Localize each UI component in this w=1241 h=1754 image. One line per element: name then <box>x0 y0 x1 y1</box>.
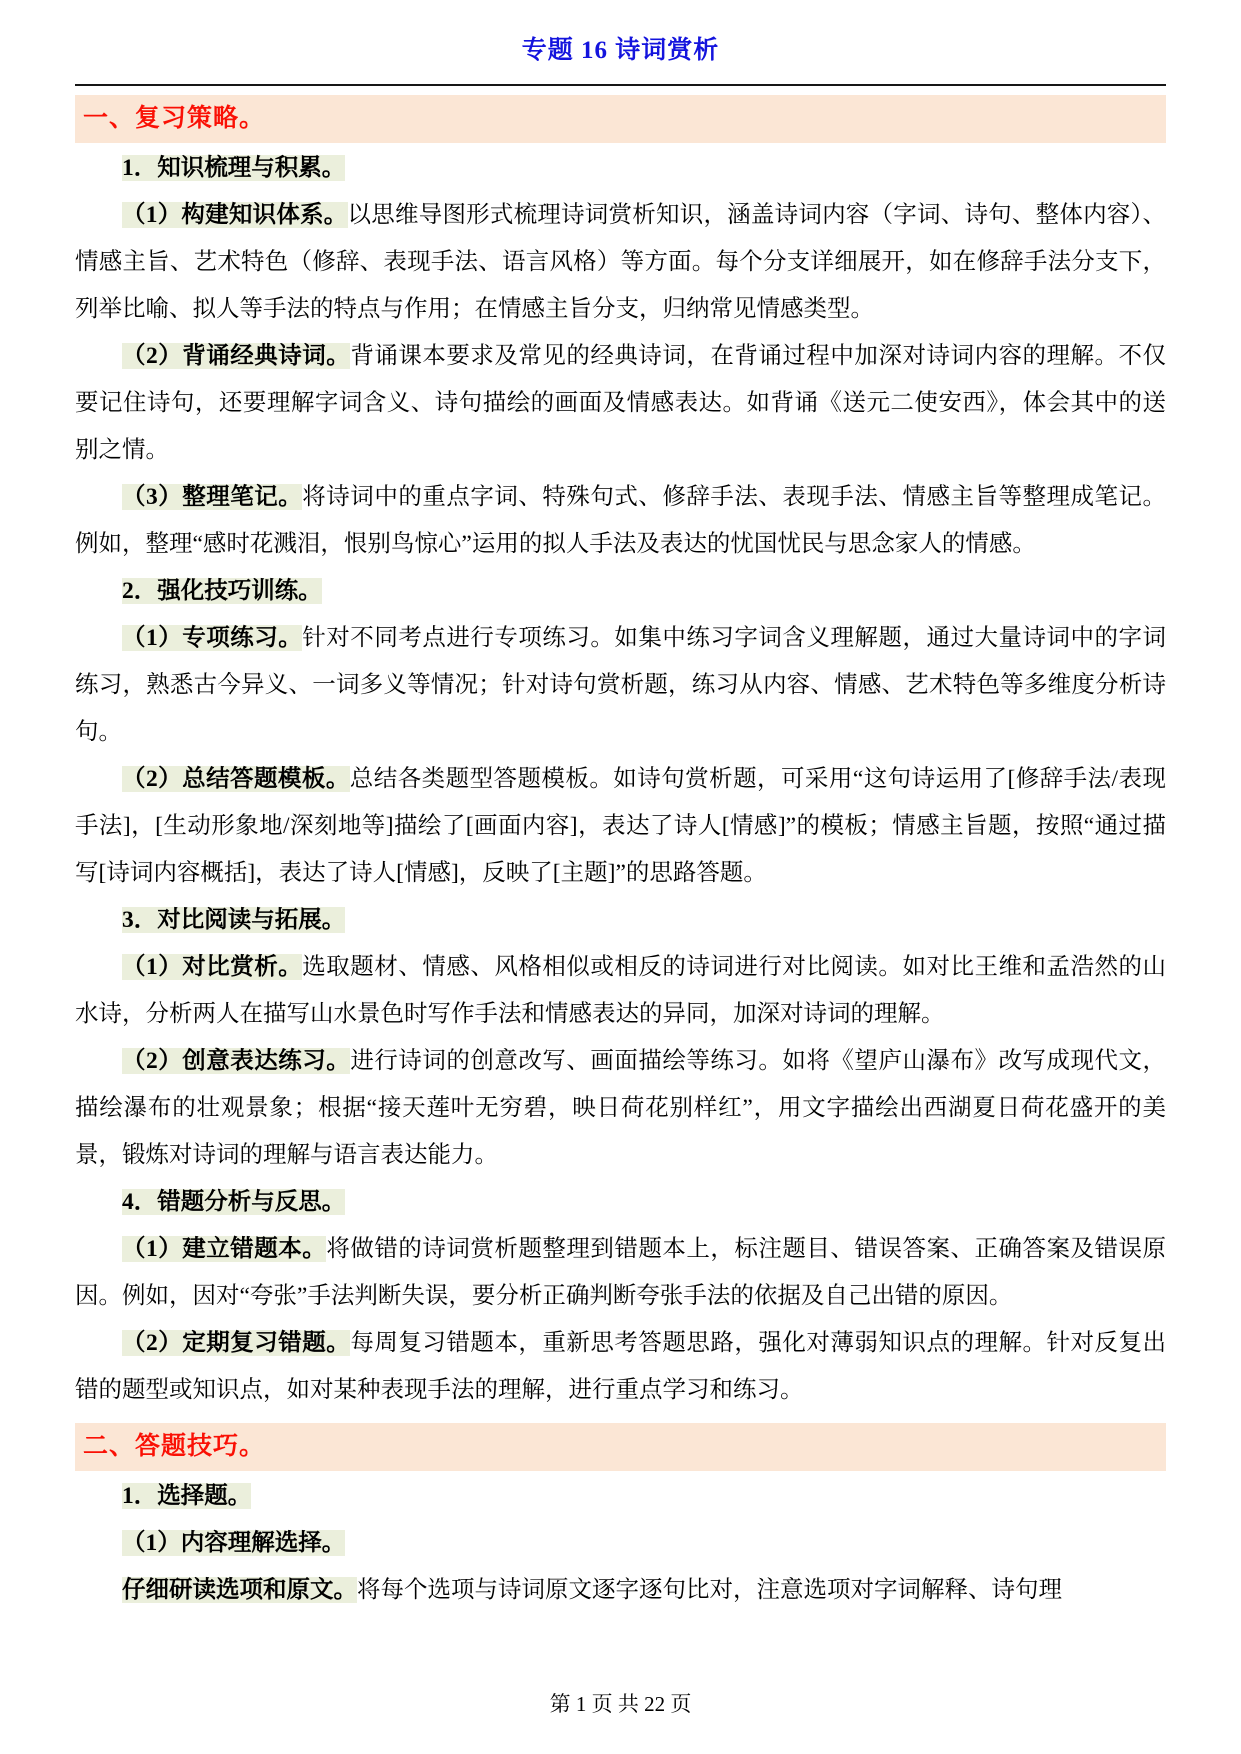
section-bar-label: 二、答题技巧。 <box>83 1433 265 1460</box>
paragraph-lead: 仔细研读选项和原文。 <box>122 1577 357 1603</box>
paragraph: （3）整理笔记。将诗词中的重点字词、特殊句式、修辞手法、表现手法、情感主旨等整理… <box>75 474 1166 568</box>
sub-heading: 2．强化技巧训练。 <box>75 568 1166 615</box>
paragraph: 仔细研读选项和原文。将每个选项与诗词原文逐字逐句比对，注意选项对字词解释、诗句理 <box>75 1567 1166 1614</box>
sub-heading: 4．错题分析与反思。 <box>75 1179 1166 1226</box>
sub-heading: （1）内容理解选择。 <box>75 1520 1166 1567</box>
section-bar-label: 一、复习策略。 <box>83 105 265 132</box>
paragraph-text: 将每个选项与诗词原文逐字逐句比对，注意选项对字词解释、诗句理 <box>357 1577 1062 1603</box>
paragraph: （1）构建知识体系。以思维导图形式梳理诗词赏析知识，涵盖诗词内容（字词、诗句、整… <box>75 192 1166 333</box>
sub-heading: 1．知识梳理与积累。 <box>75 145 1166 192</box>
sub-heading-label: （1）内容理解选择。 <box>122 1530 345 1556</box>
document-body: 一、复习策略。1．知识梳理与积累。（1）构建知识体系。以思维导图形式梳理诗词赏析… <box>75 95 1166 1614</box>
paragraph: （2）定期复习错题。每周复习错题本，重新思考答题思路，强化对薄弱知识点的理解。针… <box>75 1320 1166 1414</box>
page-title: 专题 16 诗词赏析 <box>0 0 1241 66</box>
document-page: 专题 16 诗词赏析 一、复习策略。1．知识梳理与积累。（1）构建知识体系。以思… <box>0 0 1241 1754</box>
paragraph-lead: （1）对比赏析。 <box>122 954 302 980</box>
paragraph: （2）总结答题模板。总结各类题型答题模板。如诗句赏析题，可采用“这句诗运用了[修… <box>75 756 1166 897</box>
title-divider <box>75 84 1166 86</box>
paragraph-lead: （2）定期复习错题。 <box>122 1330 350 1356</box>
paragraph-lead: （2）背诵经典诗词。 <box>122 343 350 369</box>
paragraph: （1）专项练习。针对不同考点进行专项练习。如集中练习字词含义理解题，通过大量诗词… <box>75 615 1166 756</box>
sub-heading-label: 1．知识梳理与积累。 <box>122 155 345 181</box>
sub-heading-label: 4．错题分析与反思。 <box>122 1189 345 1215</box>
sub-heading: 1．选择题。 <box>75 1473 1166 1520</box>
sub-heading-label: 2．强化技巧训练。 <box>122 578 322 604</box>
section-bar: 一、复习策略。 <box>75 95 1166 143</box>
sub-heading-label: 1．选择题。 <box>122 1483 251 1509</box>
paragraph-lead: （2）创意表达练习。 <box>122 1048 350 1074</box>
paragraph-lead: （1）专项练习。 <box>122 625 302 651</box>
paragraph-lead: （3）整理笔记。 <box>122 484 302 510</box>
paragraph-lead: （1）构建知识体系。 <box>122 202 348 228</box>
section-bar: 二、答题技巧。 <box>75 1423 1166 1471</box>
sub-heading-label: 3．对比阅读与拓展。 <box>122 907 345 933</box>
paragraph: （2）创意表达练习。进行诗词的创意改写、画面描绘等练习。如将《望庐山瀑布》改写成… <box>75 1038 1166 1179</box>
paragraph: （1）对比赏析。选取题材、情感、风格相似或相反的诗词进行对比阅读。如对比王维和孟… <box>75 944 1166 1038</box>
paragraph: （1）建立错题本。将做错的诗词赏析题整理到错题本上，标注题目、错误答案、正确答案… <box>75 1226 1166 1320</box>
paragraph: （2）背诵经典诗词。背诵课本要求及常见的经典诗词，在背诵过程中加深对诗词内容的理… <box>75 333 1166 474</box>
page-number: 第 1 页 共 22 页 <box>0 1688 1241 1718</box>
paragraph-lead: （2）总结答题模板。 <box>122 766 350 792</box>
sub-heading: 3．对比阅读与拓展。 <box>75 897 1166 944</box>
paragraph-lead: （1）建立错题本。 <box>122 1236 326 1262</box>
